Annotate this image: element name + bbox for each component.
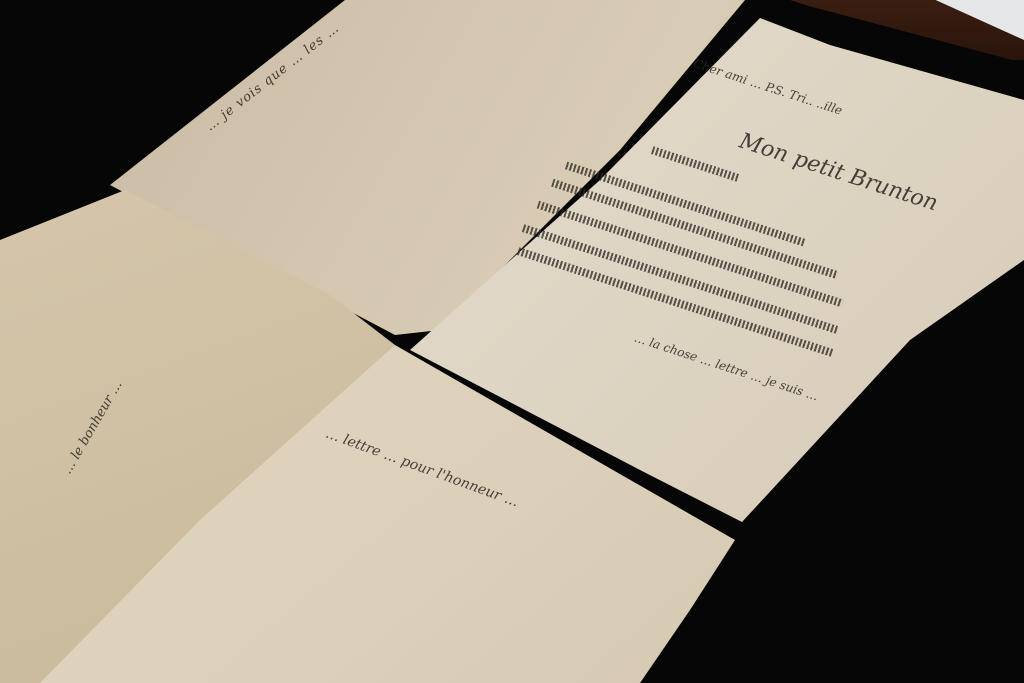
photo-scene: … je vois que … les … Cher ami … P.S. Tr…: [0, 0, 1024, 683]
